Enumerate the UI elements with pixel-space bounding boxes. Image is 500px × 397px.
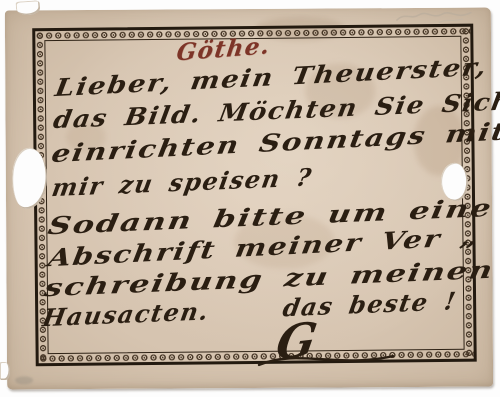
torn-notch-bottom-left bbox=[0, 362, 10, 380]
scanned-document: Göthe. Lieber, mein Theuerster, das Bild… bbox=[0, 0, 500, 397]
signature-flourish bbox=[257, 352, 397, 369]
collector-heading-red-ink: Göthe. bbox=[175, 34, 272, 64]
letter-card-paper: Göthe. Lieber, mein Theuerster, das Bild… bbox=[5, 8, 493, 390]
faint-pencil-scribble bbox=[393, 8, 477, 27]
pencil-smudge-bottom-left bbox=[15, 376, 33, 384]
handwritten-line-8-left: Hausacten. bbox=[41, 299, 211, 330]
